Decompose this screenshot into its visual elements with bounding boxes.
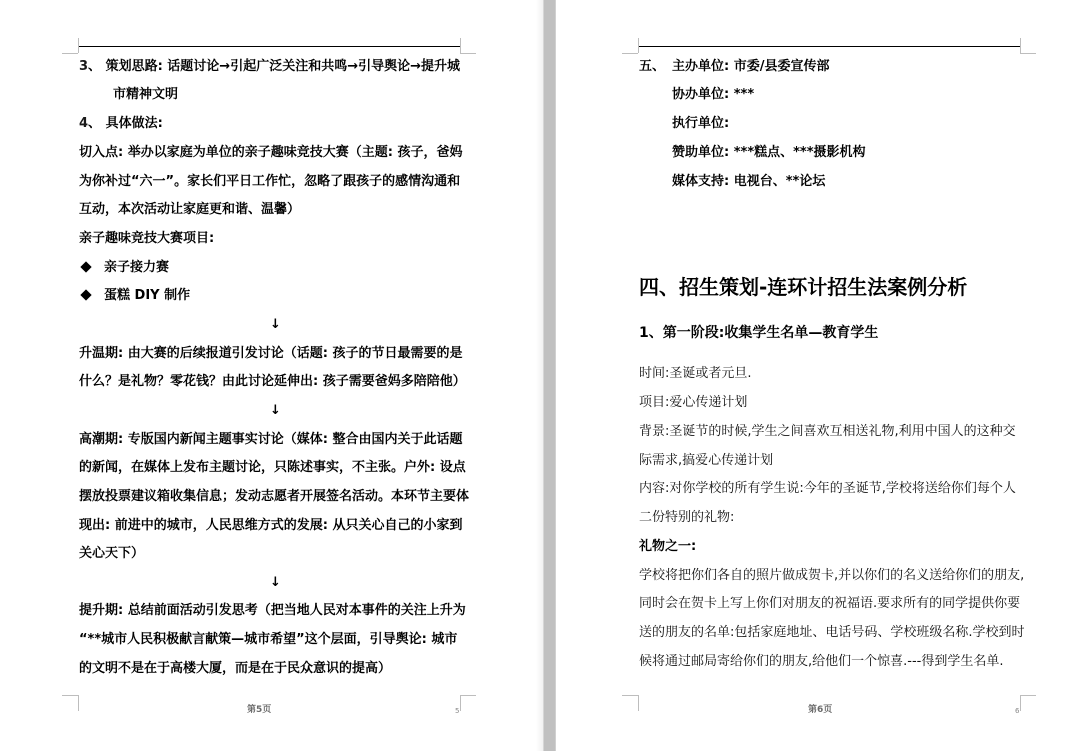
paragraph-line: 现出: 前进中的城市，人民思维方式的发展: 从只关心自己的小家到 (79, 518, 462, 534)
list-item: 蛋糕 DIY 制作 (79, 288, 190, 304)
section-subheading: 1、第一阶段:收集学生名单—教育学生 (639, 324, 878, 342)
paragraph-line: 的新闻，在媒体上发布主题讨论，只陈述事实，不主张。户外: 设点 (79, 460, 466, 476)
document-page-6: 五、主办单位: 市委/县委宣传部 协办单位: *** 执行单位: 赞助单位: *… (556, 0, 1091, 751)
body-line: 时间:圣诞或者元旦. (639, 366, 752, 382)
body-line: 同时会在贺卡上写上你们对朋友的祝福语.要求所有的同学提供你要 (639, 596, 1020, 612)
paragraph-line: 的文明不是在于高楼大厦，而是在于民众意识的提高） (79, 661, 391, 677)
body-line: 候将通过邮局寄给你们的朋友,给他们一个惊喜.---得到学生名单. (639, 654, 1003, 670)
page-number: 5 (455, 706, 459, 716)
paragraph-line: 升温期: 由大赛的后续报道引发讨论（话题: 孩子的节日最需要的是 (79, 346, 462, 362)
page-footer: 第6页 (808, 704, 832, 716)
paragraph-line: 关心天下） (79, 546, 144, 562)
paragraph-line: 为你补过“六一”。家长们平日工作忙，忽略了跟孩子的感情沟通和 (79, 174, 460, 190)
paragraph-line: 切入点: 举办以家庭为单位的亲子趣味竞技大赛（主题: 孩子，爸妈 (79, 145, 462, 161)
paragraph-line: 互动，本次活动让家庭更和谐、温馨） (79, 202, 300, 218)
paragraph-line: 市精神文明 (113, 87, 178, 103)
paragraph-line: 高潮期: 专版国内新闻主题事实讨论（媒体: 整合由国内关于此话题 (79, 432, 462, 448)
page-footer: 第5页 (247, 704, 271, 716)
gift-title: 礼物之一: (639, 539, 696, 555)
document-page-5: 3、 策划思路: 话题讨论→引起广泛关注和共鸣→引导舆论→提升城 市精神文明 4… (0, 0, 543, 751)
paragraph-line: 3、 策划思路: 话题讨论→引起广泛关注和共鸣→引导舆论→提升城 (79, 59, 460, 75)
body-line: 学校将把你们各自的照片做成贺卡,并以你们的名义送给你们的朋友, (639, 568, 1024, 584)
diamond-bullet-icon (80, 261, 91, 272)
sponsor-line: 五、主办单位: 市委/县委宣传部 (639, 59, 829, 75)
arrow-down-icon: ↓ (270, 317, 281, 333)
body-line: 项目:爱心传递计划 (639, 395, 747, 411)
page-number: 6 (1015, 706, 1019, 716)
paragraph-line: 摆放投票建议箱收集信息；发动志愿者开展签名活动。本环节主要体 (79, 489, 469, 505)
page-gutter-shadow (536, 0, 543, 751)
body-line: 送的朋友的名单:包括家庭地址、电话号码、学校班级名称.学校到时 (639, 625, 1025, 641)
page-gutter (543, 0, 556, 751)
arrow-down-icon: ↓ (270, 403, 281, 419)
body-line: 二份特别的礼物: (639, 510, 734, 526)
diamond-bullet-icon (80, 289, 91, 300)
body-line: 际需求,搞爱心传递计划 (639, 453, 773, 469)
sponsor-line: 协办单位: *** (672, 87, 754, 103)
paragraph-line: 4、 具体做法: (79, 116, 163, 132)
header-rule (638, 46, 1020, 47)
header-rule (78, 46, 460, 47)
paragraph-line: “**城市人民积极献言献策—城市希望”这个层面，引导舆论: 城市 (79, 632, 457, 648)
body-line: 背景:圣诞节的时候,学生之间喜欢互相送礼物,利用中国人的这种交 (639, 424, 1016, 440)
paragraph-line: 亲子趣味竞技大赛项目: (79, 231, 214, 247)
arrow-down-icon: ↓ (270, 575, 281, 591)
paragraph-line: 什么？是礼物？零花钱？由此讨论延伸出: 孩子需要爸妈多陪陪他） (79, 374, 466, 390)
sponsor-line: 媒体支持: 电视台、**论坛 (672, 174, 825, 190)
sponsor-line: 赞助单位: ***糕点、***摄影机构 (672, 145, 866, 161)
section-heading: 四、招生策划-连环计招生法案例分析 (639, 275, 967, 299)
sponsor-line: 执行单位: (672, 116, 729, 132)
body-line: 内容:对你学校的所有学生说:今年的圣诞节,学校将送给你们每个人 (639, 481, 1016, 497)
paragraph-line: 提升期: 总结前面活动引发思考（把当地人民对本事件的关注上升为 (79, 603, 466, 619)
list-item: 亲子接力赛 (79, 260, 169, 276)
